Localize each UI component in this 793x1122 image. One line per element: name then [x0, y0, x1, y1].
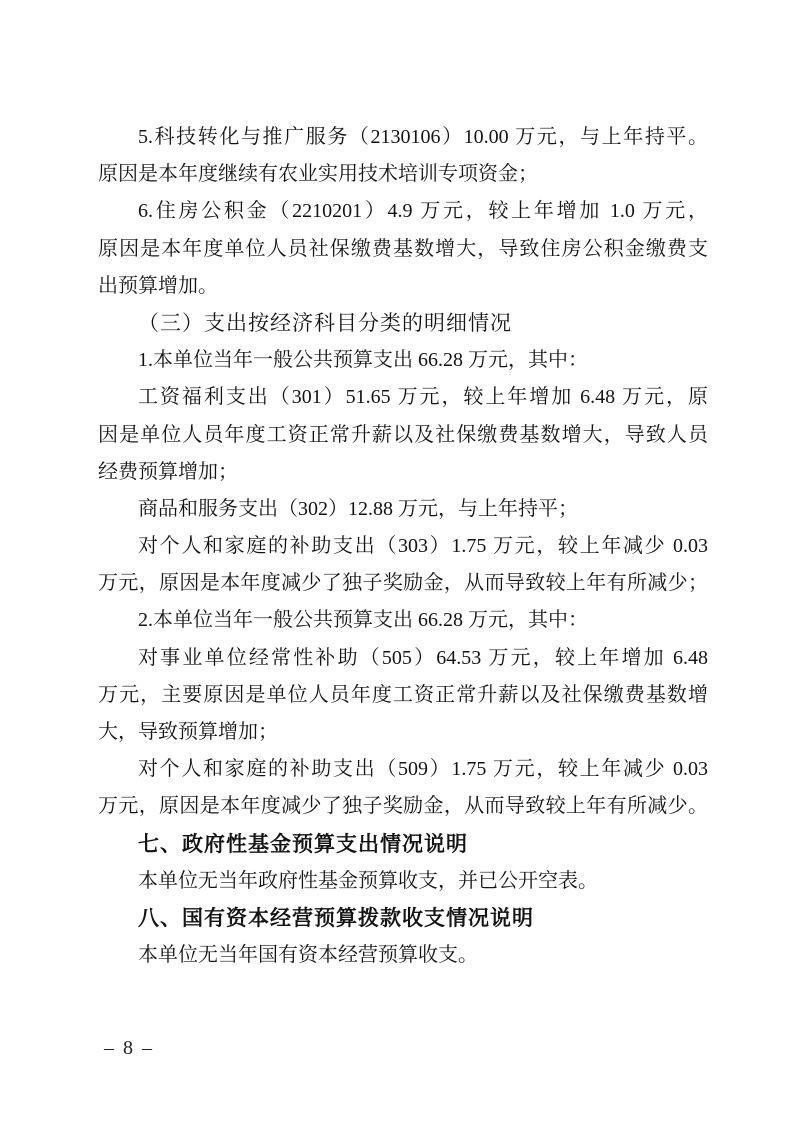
document-page: 5.科技转化与推广服务（2130106）10.00 万元，与上年持平。 原因是本… — [0, 0, 793, 1122]
text-line: 大，导致预算增加； — [98, 714, 708, 751]
goods-services-302: 商品和服务支出（302）12.88 万元，与上年持平； — [98, 491, 708, 528]
text-line: 工资福利支出（301）51.65 万元，较上年增加 6.48 万元，原 — [98, 379, 708, 416]
page-number: – 8 – — [104, 1034, 154, 1062]
text-line: 对个人和家庭的补助支出（509）1.75 万元，较上年减少 0.03 — [98, 751, 708, 788]
text-line: 5.科技转化与推广服务（2130106）10.00 万元，与上年持平。 — [98, 119, 708, 156]
section-7-heading: 七、政府性基金预算支出情况说明 — [98, 826, 708, 863]
section-8-heading: 八、国有资本经营预算拨款收支情况说明 — [98, 900, 708, 937]
text-line: 对事业单位经常性补助（505）64.53 万元，较上年增加 6.48 — [98, 640, 708, 677]
text-line: 2.本单位当年一般公共预算支出 66.28 万元，其中： — [98, 602, 708, 639]
text-line: 万元，原因是本年度减少了独子奖励金，从而导致较上年有所减少。 — [98, 788, 708, 825]
general-budget-summary-2: 2.本单位当年一般公共预算支出 66.28 万元，其中： — [98, 602, 708, 639]
text-line: 本单位无当年国有资本经营预算收支。 — [98, 937, 708, 974]
text-line: 1.本单位当年一般公共预算支出 66.28 万元，其中： — [98, 342, 708, 379]
expense-item-6-housing-fund: 6.住房公积金（2210201）4.9 万元，较上年增加 1.0 万元， 原因是… — [98, 193, 708, 305]
text-line: 对个人和家庭的补助支出（303）1.75 万元，较上年减少 0.03 — [98, 528, 708, 565]
individual-family-subsidy-509: 对个人和家庭的补助支出（509）1.75 万元，较上年减少 0.03 万元，原因… — [98, 751, 708, 825]
state-capital-note: 本单位无当年国有资本经营预算收支。 — [98, 937, 708, 974]
expense-item-5-tech-transfer: 5.科技转化与推广服务（2130106）10.00 万元，与上年持平。 原因是本… — [98, 119, 708, 193]
document-body: 5.科技转化与推广服务（2130106）10.00 万元，与上年持平。 原因是本… — [98, 119, 708, 974]
text-line: 经费预算增加； — [98, 454, 708, 491]
section-heading-text: 八、国有资本经营预算拨款收支情况说明 — [98, 900, 708, 937]
general-budget-summary-1: 1.本单位当年一般公共预算支出 66.28 万元，其中： — [98, 342, 708, 379]
institution-subsidy-505: 对事业单位经常性补助（505）64.53 万元，较上年增加 6.48 万元，主要… — [98, 640, 708, 752]
section-3-heading: （三）支出按经济科目分类的明细情况 — [98, 305, 708, 342]
gov-fund-note: 本单位无当年政府性基金预算收支，并已公开空表。 — [98, 863, 708, 900]
text-line: 本单位无当年政府性基金预算收支，并已公开空表。 — [98, 863, 708, 900]
text-line: 万元，原因是本年度减少了独子奖励金，从而导致较上年有所减少； — [98, 565, 708, 602]
individual-family-subsidy-303: 对个人和家庭的补助支出（303）1.75 万元，较上年减少 0.03 万元，原因… — [98, 528, 708, 602]
section-heading-text: 七、政府性基金预算支出情况说明 — [98, 826, 708, 863]
text-line: 万元，主要原因是单位人员年度工资正常升薪以及社保缴费基数增 — [98, 677, 708, 714]
text-line: 原因是本年度单位人员社保缴费基数增大，导致住房公积金缴费支 — [98, 231, 708, 268]
text-line: 原因是本年度继续有农业实用技术培训专项资金； — [98, 156, 708, 193]
section-heading-text: （三）支出按经济科目分类的明细情况 — [98, 305, 708, 342]
wage-welfare-301: 工资福利支出（301）51.65 万元，较上年增加 6.48 万元，原 因是单位… — [98, 379, 708, 491]
text-line: 出预算增加。 — [98, 268, 708, 305]
text-line: 6.住房公积金（2210201）4.9 万元，较上年增加 1.0 万元， — [98, 193, 708, 230]
text-line: 因是单位人员年度工资正常升薪以及社保缴费基数增大，导致人员 — [98, 417, 708, 454]
text-line: 商品和服务支出（302）12.88 万元，与上年持平； — [98, 491, 708, 528]
